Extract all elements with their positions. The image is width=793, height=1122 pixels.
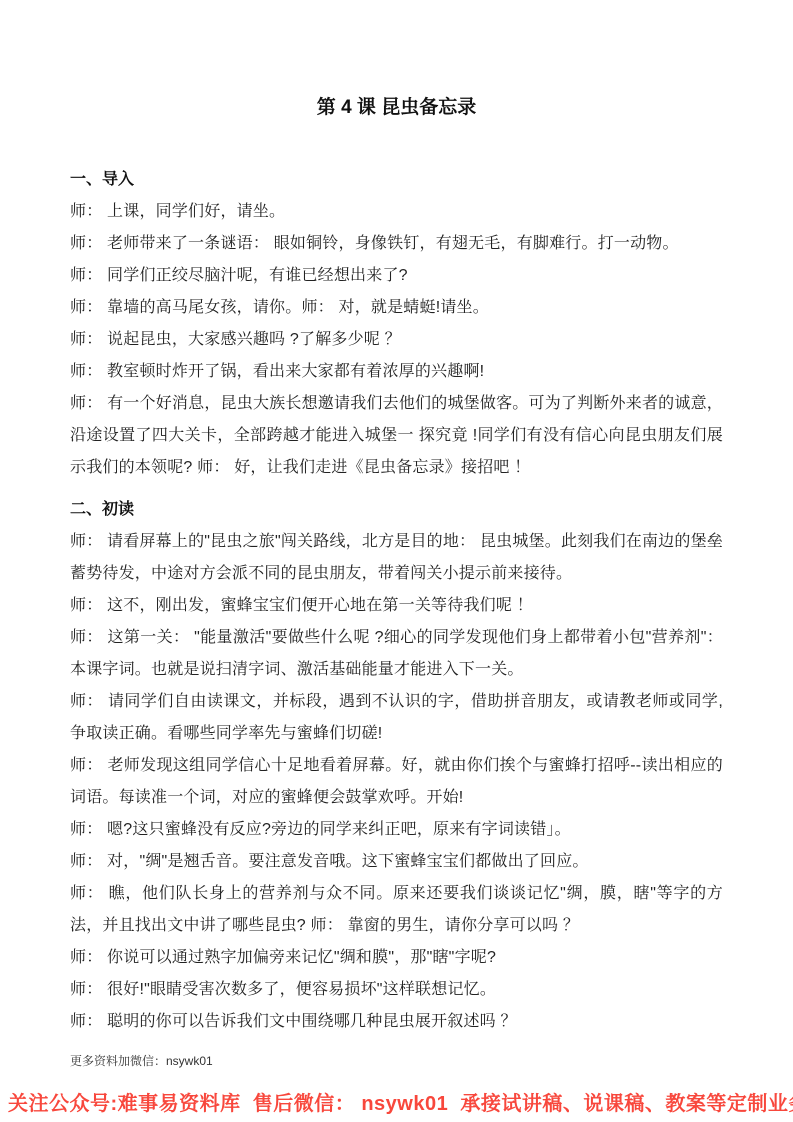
section-heading: 二、初读 bbox=[70, 494, 723, 526]
dialog-paragraph: 师： 靠墙的高马尾女孩，请你。师： 对，就是蜻蜓!请坐。 bbox=[70, 292, 723, 324]
dialog-paragraph: 师： 请同学们自由读课文，并标段，遇到不认识的字，借助拼音朋友，或请教老师或同学… bbox=[70, 686, 723, 750]
dialog-paragraph: 师： 聪明的你可以告诉我们文中围绕哪几种昆虫展开叙述吗 ？ bbox=[70, 1006, 723, 1038]
dialog-paragraph: 师： 嗯?这只蜜蜂没有反应?旁边的同学来纠正吧，原来有字词读错」。 bbox=[70, 814, 723, 846]
dialog-paragraph: 师： 有一个好消息，昆虫大族长想邀请我们去他们的城堡做客。可为了判断外来者的诚意… bbox=[70, 388, 723, 484]
dialog-paragraph: 师： 请看屏幕上的"昆虫之旅"闯关路线，北方是目的地： 昆虫城堡。此刻我们在南边… bbox=[70, 526, 723, 590]
dialog-paragraph: 师： 老师带来了一条谜语： 眼如铜铃，身像铁钉，有翅无毛，有脚难行。打一动物。 bbox=[70, 228, 723, 260]
dialog-paragraph: 师： 同学们正绞尽脑汁呢，有谁已经想出来了? bbox=[70, 260, 723, 292]
dialog-paragraph: 师： 上课，同学们好，请坐。 bbox=[70, 196, 723, 228]
document-content: 一、导入师： 上课，同学们好，请坐。师： 老师带来了一条谜语： 眼如铜铃，身像铁… bbox=[70, 164, 723, 1038]
dialog-paragraph: 师： 对，"绸"是翘舌音。要注意发音哦。这下蜜蜂宝宝们都做出了回应。 bbox=[70, 846, 723, 878]
dialog-paragraph: 师： 很好!"眼睛受害次数多了，便容易损坏"这样联想记忆。 bbox=[70, 974, 723, 1006]
dialog-paragraph: 师： 这不，刚出发，蜜蜂宝宝们便开心地在第一关等待我们呢 ！ bbox=[70, 590, 723, 622]
dialog-paragraph: 师： 这第一关： "能量激活"要做些什么呢 ?细心的同学发现他们身上都带着小包"… bbox=[70, 622, 723, 686]
promo-banner: 关注公众号:难事易资料库 售后微信： nsywk01 承接试讲稿、说课稿、教案等… bbox=[0, 1086, 793, 1122]
dialog-paragraph: 师： 瞧，他们队长身上的营养剂与众不同。原来还要我们谈谈记忆"绸，膜，瞎"等字的… bbox=[70, 878, 723, 942]
dialog-paragraph: 师： 老师发现这组同学信心十足地看着屏幕。好，就由你们挨个与蜜蜂打招呼--读出相… bbox=[70, 750, 723, 814]
dialog-paragraph: 师： 你说可以通过熟字加偏旁来记忆"绸和膜"，那"瞎"字呢? bbox=[70, 942, 723, 974]
dialog-paragraph: 师： 说起昆虫，大家感兴趣吗 ?了解多少呢 ？ bbox=[70, 324, 723, 356]
document-page: 第 4 课 昆虫备忘录 一、导入师： 上课，同学们好，请坐。师： 老师带来了一条… bbox=[0, 0, 793, 1069]
page-title: 第 4 课 昆虫备忘录 bbox=[70, 96, 723, 120]
dialog-paragraph: 师： 教室顿时炸开了锅，看出来大家都有着浓厚的兴趣啊! bbox=[70, 356, 723, 388]
footer-note: 更多资料加微信：nsywk01 bbox=[70, 1052, 723, 1069]
section-heading: 一、导入 bbox=[70, 164, 723, 196]
